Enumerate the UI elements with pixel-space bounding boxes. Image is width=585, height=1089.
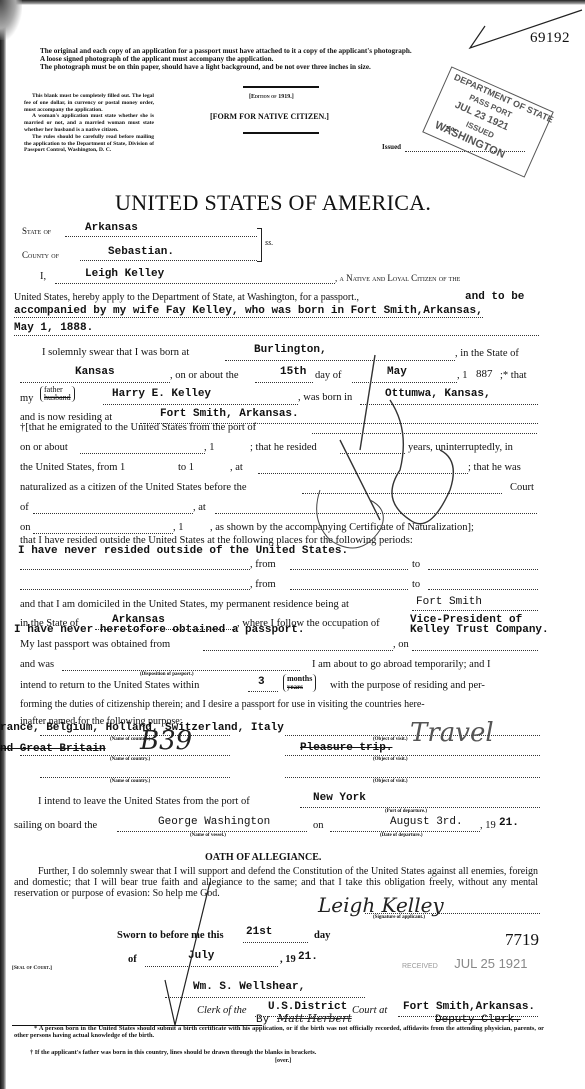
last-passport-from-line: [203, 650, 393, 651]
port-caption: (Port of departure.): [385, 809, 427, 814]
object-value: Pleasure trip.: [300, 742, 392, 754]
accompanied-line-3: [14, 335, 539, 336]
port-text: I intend to leave the United States from…: [38, 796, 250, 807]
abroad-place-1-line: [20, 569, 250, 570]
on-text: on: [20, 522, 31, 533]
return-text: intend to return to the United States wi…: [20, 680, 199, 691]
naturalized-on-line: [33, 533, 173, 534]
sidebar-note-2: A woman's application must state whether…: [24, 113, 154, 133]
occupation-2: Kelley Trust Company.: [410, 624, 549, 636]
rule-below-form: [243, 132, 319, 134]
ss-bracket: [257, 228, 262, 262]
return-duration: 3: [258, 676, 265, 688]
scan-edge-left: [0, 0, 6, 1089]
instruction-3: The photograph must be on thin paper, sh…: [40, 63, 371, 71]
handwritten-travel: Travel: [410, 718, 494, 748]
sworn-year-prefix: , 19: [280, 954, 296, 965]
ss-label: ss.: [265, 238, 273, 247]
months-years-bracket: months years: [283, 674, 316, 692]
naturalized-text: naturalized as a citizen of the United S…: [20, 482, 247, 493]
accompanied-text-3: May 1, 1888.: [14, 322, 93, 334]
departure-date: August 3rd.: [390, 816, 463, 828]
accompanied-text-2: accompanied by my wife Fay Kelley, who w…: [14, 305, 483, 318]
husband-option: husband: [44, 394, 71, 402]
oath-text: Further, I do solemnly swear that I will…: [14, 866, 538, 899]
departure-caption: (Date of departure.): [380, 833, 423, 838]
and-was: and was: [20, 659, 54, 670]
footnote-2: † If the applicant's father was born in …: [30, 1049, 316, 1056]
father-husband-bracket: father husband: [40, 386, 75, 402]
court-at-label: Court at: [352, 1005, 387, 1016]
deputy-signature: Matt Herbert: [277, 1012, 352, 1025]
sidebar-note-3: The rules should be carefully read befor…: [24, 134, 154, 154]
accompanied-text-1: and to be: [465, 291, 524, 303]
form-type: [FORM FOR NATIVE CITIZEN.]: [210, 112, 329, 121]
sworn-day: 21st: [246, 926, 272, 938]
country-caption-3: (Name of country.): [110, 779, 150, 784]
born-state: Kansas: [75, 366, 115, 378]
residence-city-line: [412, 610, 538, 611]
court-of-line: [33, 513, 193, 514]
years-option: years: [287, 683, 312, 692]
received-stamp-date: JUL 25 1921: [454, 956, 527, 971]
seal-label: [Seal of Court.]: [12, 965, 52, 971]
over-label: [over.]: [275, 1058, 291, 1064]
vessel-line: [117, 831, 307, 832]
sailing-text: sailing on board the: [14, 820, 97, 831]
father-name: Harry E. Kelley: [112, 388, 211, 400]
abroad-to-2-line: [428, 589, 538, 590]
born-state-line: [20, 382, 170, 383]
duties-text: forming the duties of citizenship therei…: [20, 699, 425, 710]
court-location: Fort Smith,Arkansas.: [403, 1001, 535, 1013]
issued-label: Issued: [382, 143, 401, 151]
country-caption-2: (Name of country.): [110, 757, 150, 762]
to-label-2: to: [412, 579, 420, 590]
oath-title: OATH OF ALLEGIANCE.: [205, 852, 321, 863]
native-citizen-text: , a Native and Loyal Citizen of the: [335, 273, 460, 283]
instruction-2: A loose signed photograph of the applica…: [40, 55, 273, 63]
vessel-caption: (Name of vessel.): [190, 833, 226, 838]
signature-caption: (Signature of applicant.): [373, 915, 425, 920]
state-label: State of: [22, 226, 51, 236]
countries-2-line: [20, 755, 230, 756]
departure-year-prefix: , 19: [480, 820, 496, 831]
countries-3-line: [40, 777, 230, 778]
purpose-text: with the purpose of residing and per-: [330, 680, 485, 691]
us-from-text: the United States, from 1: [20, 462, 125, 473]
of-text: of: [20, 502, 29, 513]
to-1: to 1: [178, 462, 194, 473]
pencil-scribble-icon: [280, 340, 480, 570]
applicant-name: Leigh Kelley: [85, 268, 164, 280]
departure-year: 21.: [499, 817, 519, 829]
footnote-1: * A person born in the United States sho…: [14, 1025, 544, 1040]
scan-corner-shade: [0, 0, 22, 40]
received-stamp-label: RECEIVED: [402, 963, 438, 970]
born-label: I solemnly swear that I was born at: [42, 347, 189, 358]
last-passport-text: My last passport was obtained from: [20, 639, 170, 650]
state-line: [65, 236, 257, 237]
received-stamp: RECEIVED JUL 25 1921: [402, 955, 528, 973]
sworn-year: 21.: [298, 951, 318, 963]
object-caption-3: (Object of visit.): [373, 779, 408, 784]
at-text: , at: [230, 462, 243, 473]
domiciled-text: and that I am domiciled in the United St…: [20, 599, 349, 610]
months-option: months: [287, 674, 312, 683]
departure-date-line: [330, 831, 480, 832]
port-value: New York: [313, 792, 366, 804]
residence-city: Fort Smith: [416, 596, 482, 608]
abroad-text: I am about to go abroad temporarily; and…: [312, 659, 490, 670]
father-residence: Fort Smith, Arkansas.: [160, 408, 299, 420]
instruction-1: The original and each copy of an applica…: [40, 47, 412, 55]
county-line: [80, 260, 257, 261]
sworn-day-line: [243, 942, 308, 943]
countries-2: nd Great Britain: [0, 743, 106, 755]
naturalized-year-prefix: , 1: [173, 522, 184, 533]
father-name-line: [103, 404, 298, 405]
county-label: County of: [22, 250, 59, 260]
on-or-about-2: on or about: [20, 442, 68, 453]
port-line: [300, 807, 540, 808]
sidebar-notes: This blank must be completely filled out…: [24, 93, 154, 154]
on-or-about: , on or about the: [170, 370, 239, 381]
pen-check-mark-icon: [155, 880, 235, 1030]
sidebar-note-1: This blank must be completely filled out…: [24, 93, 154, 113]
object-2-line: [285, 755, 540, 756]
court-text: Court: [510, 482, 534, 493]
emigrated-year-prefix: , 1: [204, 442, 215, 453]
handwritten-b39: B39: [140, 726, 192, 756]
object-3-line: [285, 777, 540, 778]
from-label-1: , from: [250, 559, 276, 570]
applicant-name-line: [55, 283, 335, 284]
i-label: I,: [40, 271, 46, 282]
day-label: day: [314, 930, 330, 941]
return-duration-line: [248, 691, 278, 692]
apply-text: United States, hereby apply to the Depar…: [14, 292, 359, 303]
pen-checkmark-icon: [460, 4, 585, 52]
object-caption-2: (Object of visit.): [373, 757, 408, 762]
last-passport-on-line: [412, 650, 538, 651]
previous-passport-value: I have never heretofore obtained a passp…: [14, 624, 304, 636]
main-title: UNITED STATES OF AMERICA.: [115, 190, 431, 216]
court-at-text: , at: [193, 502, 206, 513]
countries-1-line: [40, 735, 230, 736]
that-text: ;* that: [500, 370, 527, 381]
file-number: 7719: [505, 930, 539, 950]
emigrated-text: †[that he emigrated to the United States…: [20, 422, 256, 433]
abroad-place-2-line: [20, 589, 250, 590]
from-label-2: , from: [250, 579, 276, 590]
on-date-label: on: [313, 820, 324, 831]
emigrated-date-line: [80, 453, 205, 454]
rule-above-edition: [243, 86, 319, 88]
vessel-value: George Washington: [158, 816, 270, 828]
my-label: my: [20, 393, 33, 404]
disposition-line: [62, 670, 300, 671]
of-label: of: [128, 954, 137, 965]
county-value: Sebastian.: [108, 246, 174, 258]
state-value: Arkansas: [85, 222, 138, 234]
applicant-signature: Leigh Kelley: [318, 893, 444, 917]
disposition-caption: (Disposition of passport.): [140, 672, 193, 677]
on-label: , on: [393, 639, 409, 650]
abroad-from-2-line: [290, 589, 408, 590]
edition-label: [Edition of 1919.]: [249, 94, 294, 100]
passport-issued-stamp: DEPARTMENT OF STATE PASS PORT JUL 23 192…: [422, 66, 554, 177]
